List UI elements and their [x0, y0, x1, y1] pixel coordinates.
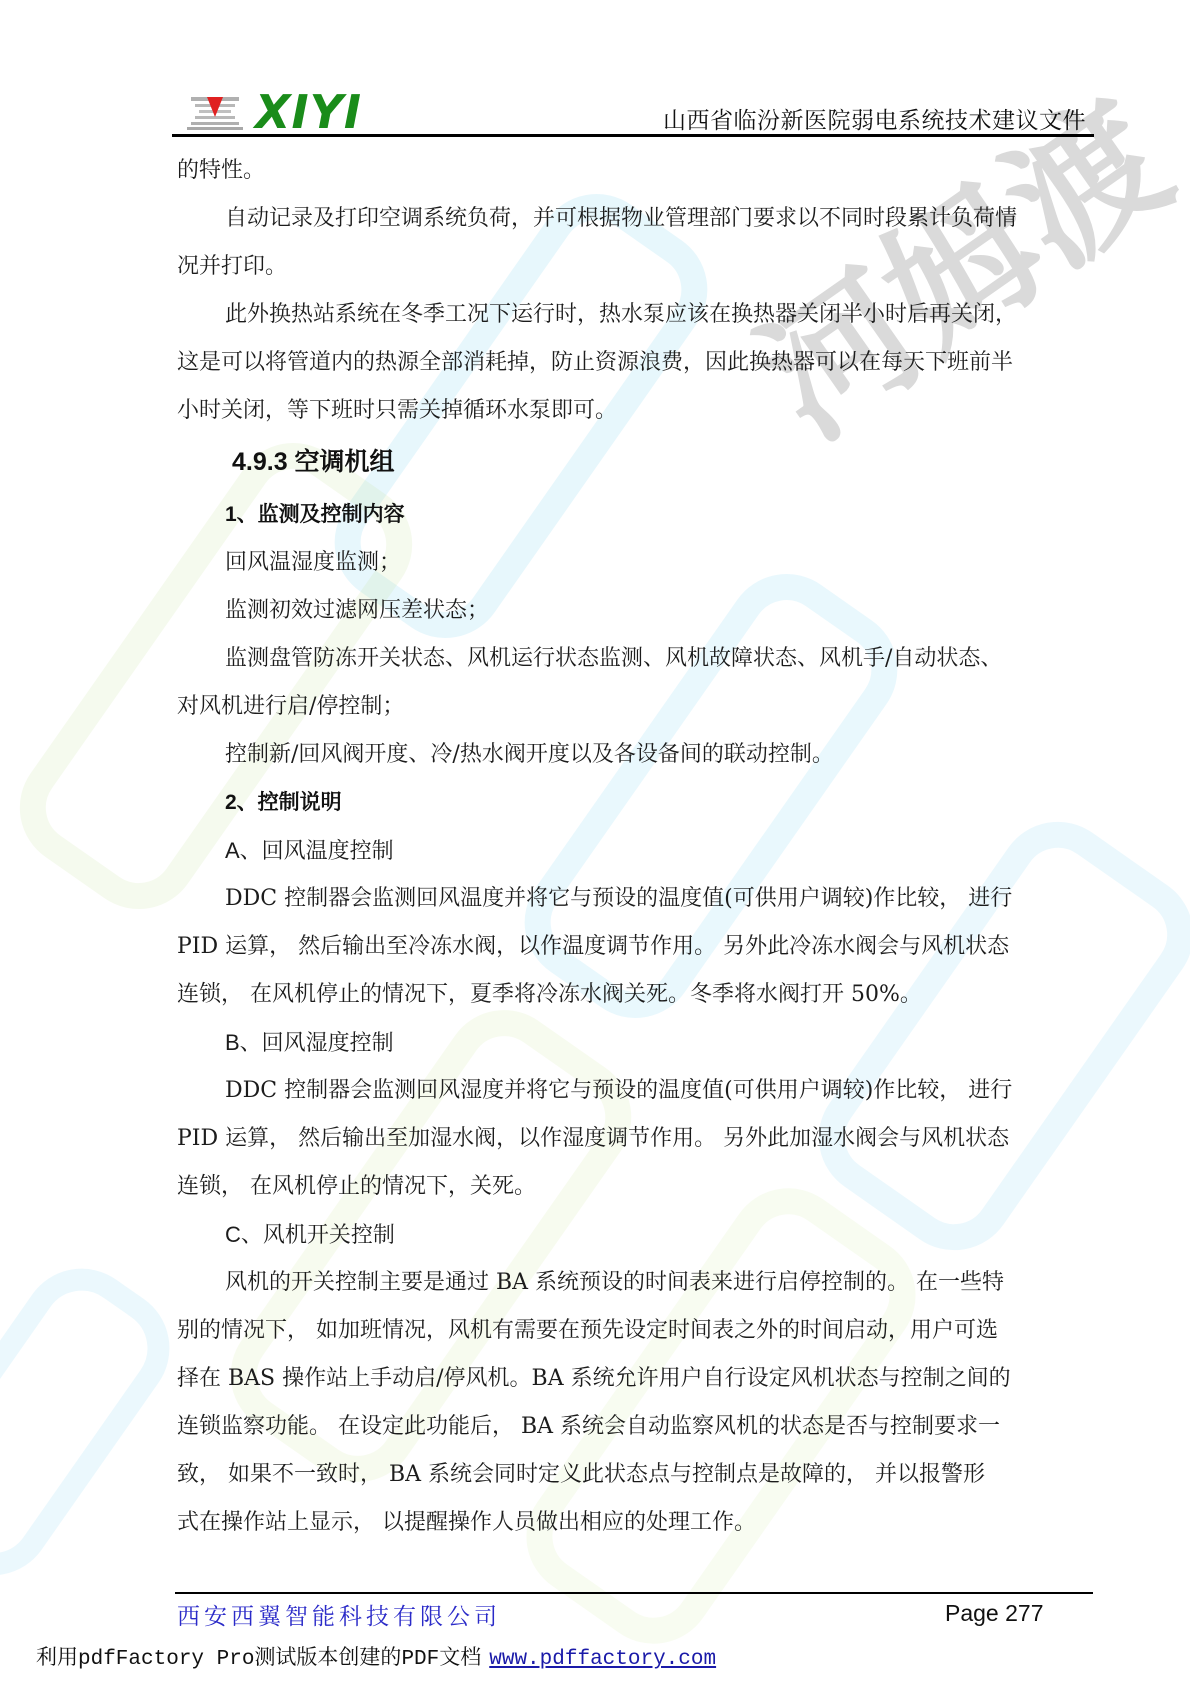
- page-number: Page 277: [945, 1600, 1043, 1627]
- watermark-band-cyan-2: [501, 550, 921, 1041]
- pdffactory-link[interactable]: www.pdffactory.com: [489, 1648, 716, 1671]
- paragraph-line: PID 运算， 然后输出至冷冻水阀，以作温度调节作用。 另外此冷冻水阀会与风机状…: [177, 932, 1009, 962]
- part-heading-c: C、风机开关控制: [225, 1220, 395, 1250]
- paragraph-line: 这是可以将管道内的热源全部消耗掉，防止资源浪费，因此换热器可以在每天下班前半: [177, 348, 1013, 378]
- paragraph-line: 式在操作站上显示， 以提醒操作人员做出相应的处理工作。: [177, 1508, 756, 1538]
- subsection-heading-monitoring: 1、监测及控制内容: [225, 500, 405, 530]
- logo-mark-icon: [185, 93, 245, 131]
- paragraph-line: 连锁， 在风机停止的情况下，关死。: [177, 1172, 536, 1202]
- footer-divider: [175, 1592, 1093, 1594]
- paragraph-line: 况并打印。: [177, 252, 287, 282]
- company-logo: XIYI: [185, 90, 362, 134]
- pdf-note-end: 文档: [439, 1645, 481, 1669]
- list-line: 监测初效过滤网压差状态；: [225, 596, 489, 626]
- paragraph-line: 连锁， 在风机停止的情况下，夏季将冷冻水阀关死。冬季将水阀打开 50%。: [177, 980, 922, 1010]
- paragraph-line: 别的情况下， 如加班情况，风机有需要在预先设定时间表之外的时间启动，用户可选: [177, 1316, 998, 1346]
- pdf-note-pdf: PDF: [401, 1648, 439, 1671]
- part-heading-a: A、回风温度控制: [225, 836, 394, 866]
- document-title: 山西省临汾新医院弱电系统技术建议文件: [663, 102, 1086, 135]
- subsection-heading-control: 2、控制说明: [225, 788, 342, 818]
- paragraph-line: 此外换热站系统在冬季工况下运行时，热水泵应该在换热器关闭半小时后再关闭，: [225, 300, 1017, 330]
- paragraph-line: 的特性。: [177, 156, 265, 186]
- paragraph-line: PID 运算， 然后输出至加湿水阀，以作湿度调节作用。 另外此加湿水阀会与风机状…: [177, 1124, 1009, 1154]
- paragraph-line: 连锁监察功能。 在设定此功能后， BA 系统会自动监察风机的状态是否与控制要求一: [177, 1412, 1000, 1442]
- list-line: 监测盘管防冻开关状态、风机运行状态监测、风机故障状态、风机手/自动状态、: [225, 644, 1002, 674]
- section-heading: 4.9.3 空调机组: [232, 447, 395, 477]
- watermark-band-cyan-3: [795, 798, 1190, 1273]
- part-heading-b: B、回风湿度控制: [225, 1028, 394, 1058]
- list-line: 控制新/回风阀开度、冷/热水阀开度以及各设备间的联动控制。: [225, 740, 834, 770]
- watermark-band-cyan-4: [0, 1245, 193, 1599]
- header-divider: [172, 134, 1094, 137]
- company-name: 西安西翼智能科技有限公司: [177, 1598, 501, 1631]
- paragraph-line: 致， 如果不一致时， BA 系统会同时定义此状态点与控制点是故障的， 并以报警形: [177, 1460, 985, 1490]
- pdffactory-note: 利用pdfFactory Pro测试版本创建的PDF文档www.pdffacto…: [36, 1641, 716, 1671]
- pdf-note-suffix: 测试版本创建的: [254, 1645, 401, 1669]
- paragraph-line: DDC 控制器会监测回风温度并将它与预设的温度值(可供用户调较)作比较， 进行: [225, 884, 1012, 914]
- logo-text: XIYI: [255, 90, 362, 134]
- paragraph-line: 择在 BAS 操作站上手动启/停风机。BA 系统允许用户自行设定风机状态与控制之…: [177, 1364, 1011, 1394]
- watermark-gray-text: 河姆渡: [738, 98, 1190, 683]
- page-header: XIYI 山西省临汾新医院弱电系统技术建议文件: [172, 84, 1092, 136]
- pdf-note-product: pdfFactory Pro: [78, 1648, 254, 1671]
- paragraph-line: 风机的开关控制主要是通过 BA 系统预设的时间表来进行启停控制的。 在一些特: [225, 1268, 1004, 1298]
- paragraph-line: 自动记录及打印空调系统负荷，并可根据物业管理部门要求以不同时段累计负荷情: [225, 204, 1017, 234]
- list-line: 对风机进行启/停控制；: [177, 692, 404, 722]
- paragraph-line: DDC 控制器会监测回风湿度并将它与预设的温度值(可供用户调较)作比较， 进行: [225, 1076, 1012, 1106]
- paragraph-line: 小时关闭，等下班时只需关掉循环水泵即可。: [177, 396, 617, 426]
- pdf-note-prefix: 利用: [36, 1645, 78, 1669]
- list-line: 回风温湿度监测；: [225, 548, 401, 578]
